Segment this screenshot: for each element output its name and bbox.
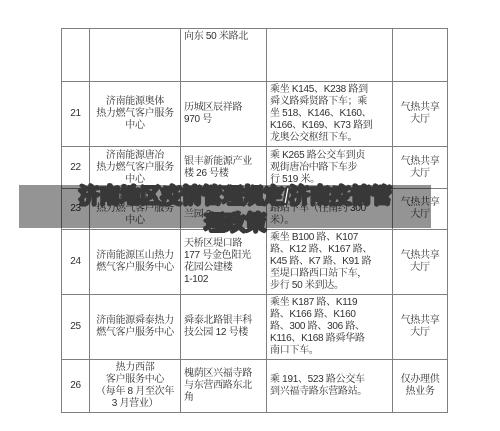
cell-no: 25 [62,295,90,360]
document-page: 向东 50 米路北21济南能源奥体 热力燃气客户服务 中心历城区辰祥路 970 … [0,0,500,431]
cell-address: 槐荫区兴福寺路 与东营西路东北 角 [181,360,267,413]
cell-note: 气热共享 大厅 [393,230,448,295]
cell-bus: 乘坐 K145、K238 路到 舜义路舜贤路下车；乘 坐 518、K146、K1… [267,82,393,147]
cell-no: 21 [62,82,90,147]
cell-address: 舜泰北路银丰科 技公园 12 号楼 [181,295,267,360]
cell-address: 历城区辰祥路 970 号 [181,82,267,147]
cell-note: 仅办理供 热业务 [393,360,448,413]
cell-name: 济南能源奥体 热力燃气客户服务 中心 [90,82,181,147]
watermark-title-line1: 济南地区疫情管理规定/济南疫情管 [20,183,450,210]
cell-note: 气热共享 大厅 [393,295,448,360]
watermark-title: 济南地区疫情管理规定/济南疫情管 理政策 [20,183,450,237]
cell-name: 济南能源匡山热力 燃气客户服务中心 [90,230,181,295]
cell-bus [267,29,393,82]
cell-note [393,29,448,82]
cell-name [90,29,181,82]
table-row: 26热力西部 客户服务中心 （每年 8 月至次年 3 月营业）槐荫区兴福寺路 与… [62,360,448,413]
cell-no: 24 [62,230,90,295]
table-row: 21济南能源奥体 热力燃气客户服务 中心历城区辰祥路 970 号乘坐 K145、… [62,82,448,147]
cell-no: 26 [62,360,90,413]
cell-bus: 乘 191、523 路公交车 到兴福寺路东营路站。 [267,360,393,413]
cell-name: 济南能源舜泰热力 燃气客户服务中心 [90,295,181,360]
cell-bus: 乘坐 K187 路、K119 路、K166 路、K160 路、300 路、306… [267,295,393,360]
cell-name: 热力西部 客户服务中心 （每年 8 月至次年 3 月营业） [90,360,181,413]
table-row: 向东 50 米路北 [62,29,448,82]
table-row: 25济南能源舜泰热力 燃气客户服务中心舜泰北路银丰科 技公园 12 号楼乘坐 K… [62,295,448,360]
table-row: 24济南能源匡山热力 燃气客户服务中心天桥区堤口路 177 号金色阳光 花园公建… [62,230,448,295]
cell-address: 天桥区堤口路 177 号金色阳光 花园公建楼 1-102 [181,230,267,295]
cell-bus: 乘坐 B100 路、K107 路、K12 路、K167 路、 K45 路、K7 … [267,230,393,295]
cell-address: 向东 50 米路北 [181,29,267,82]
cell-note: 气热共享 大厅 [393,82,448,147]
cell-no [62,29,90,82]
watermark-title-line2: 理政策 [20,210,450,237]
